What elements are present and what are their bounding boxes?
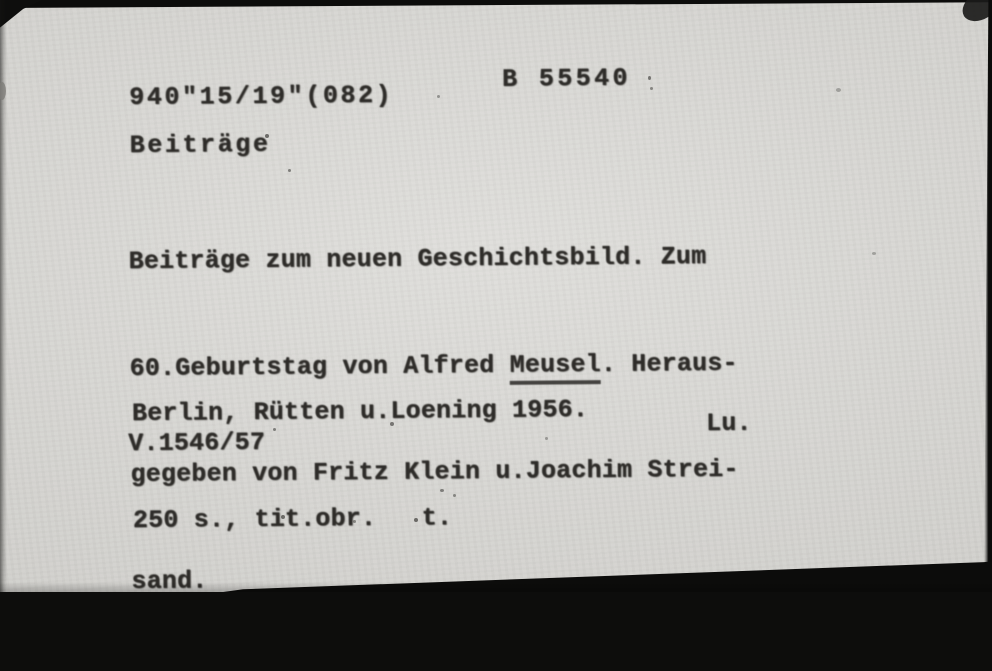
ink-speck: [648, 76, 651, 80]
ink-speck: [453, 494, 456, 497]
ink-speck: [390, 422, 394, 426]
title-line-2-post: . Heraus-: [601, 348, 738, 378]
ink-speck: [288, 169, 291, 172]
ink-speck: [273, 428, 276, 431]
scan-shadow-bottom: [0, 582, 992, 592]
accession-number: B 55540: [502, 66, 631, 92]
ink-speck: [414, 518, 418, 522]
ink-speck: [836, 88, 841, 92]
ink-speck: [545, 437, 548, 440]
card-content: 940"15/19"(082) B 55540 Beiträge Beiträg…: [0, 0, 992, 592]
catalog-card-scan: 940"15/19"(082) B 55540 Beiträge Beiträg…: [0, 0, 992, 592]
ink-speck: [437, 95, 440, 98]
volume-reference: V.1546/57: [128, 430, 265, 456]
imprint: Berlin, Rütten u.Loening 1956.: [132, 392, 588, 431]
ink-speck: [265, 134, 269, 138]
title-line-1: Beiträge zum neuen Geschichtsbild. Zum: [129, 239, 737, 280]
ink-speck: [353, 520, 356, 523]
ink-speck: [440, 489, 444, 492]
heading-title: Beiträge: [130, 132, 271, 158]
ink-speck: [650, 87, 653, 90]
cataloguer-initials: Lu.: [706, 411, 752, 436]
collation: 250 s., tit.obr. t.: [133, 499, 589, 538]
call-number: 940"15/19"(082): [129, 83, 393, 110]
ink-speck: [872, 252, 876, 255]
ink-speck: [281, 515, 285, 519]
